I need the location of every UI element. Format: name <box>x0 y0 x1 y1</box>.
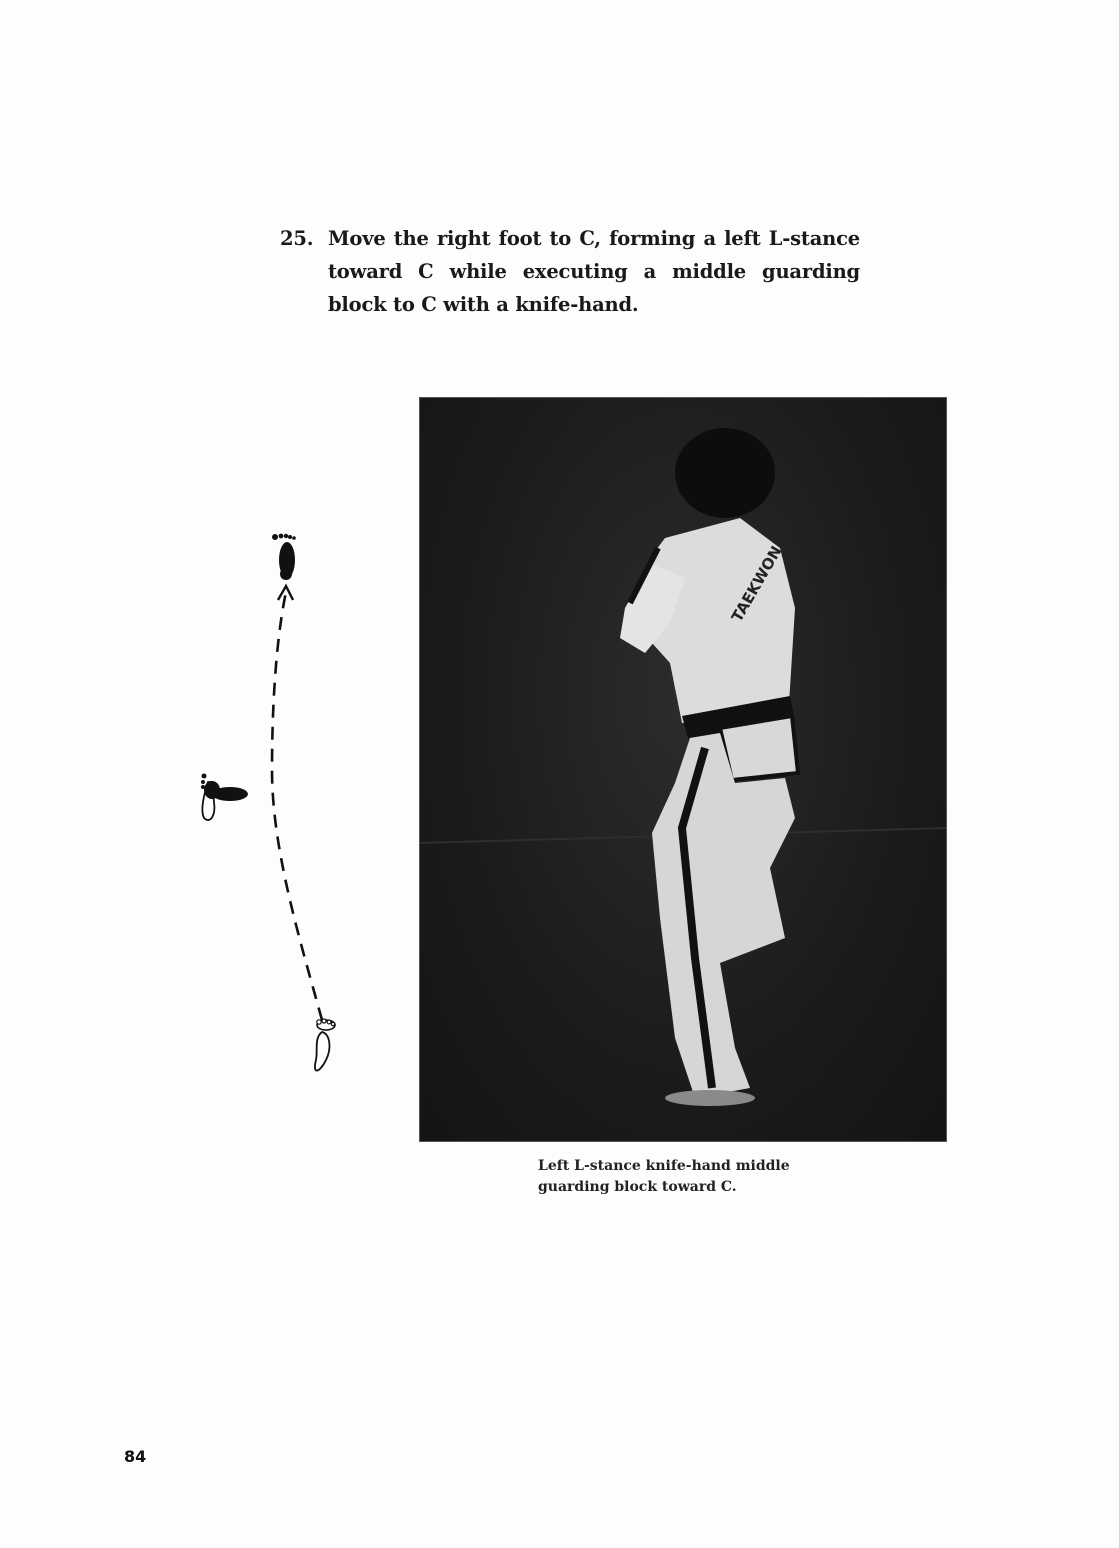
photo-caption: Left L-stance knife-hand middle guarding… <box>538 1156 838 1198</box>
step-instruction: 25. Move the right foot to C, forming a … <box>280 222 860 321</box>
footprint-pivot-icon <box>201 774 248 821</box>
footwork-diagram <box>180 520 370 1090</box>
footprint-end-icon <box>272 534 296 580</box>
caption-line-2: guarding block toward C. <box>538 1177 838 1198</box>
footprint-start-icon <box>315 1019 335 1071</box>
page-number: 84 <box>124 1447 146 1466</box>
technique-photo: TAEKWON-DO <box>420 398 946 1141</box>
caption-line-1: Left L-stance knife-hand middle <box>538 1156 838 1177</box>
step-text: Move the right foot to C, forming a left… <box>328 222 860 321</box>
step-number: 25. <box>280 222 313 255</box>
